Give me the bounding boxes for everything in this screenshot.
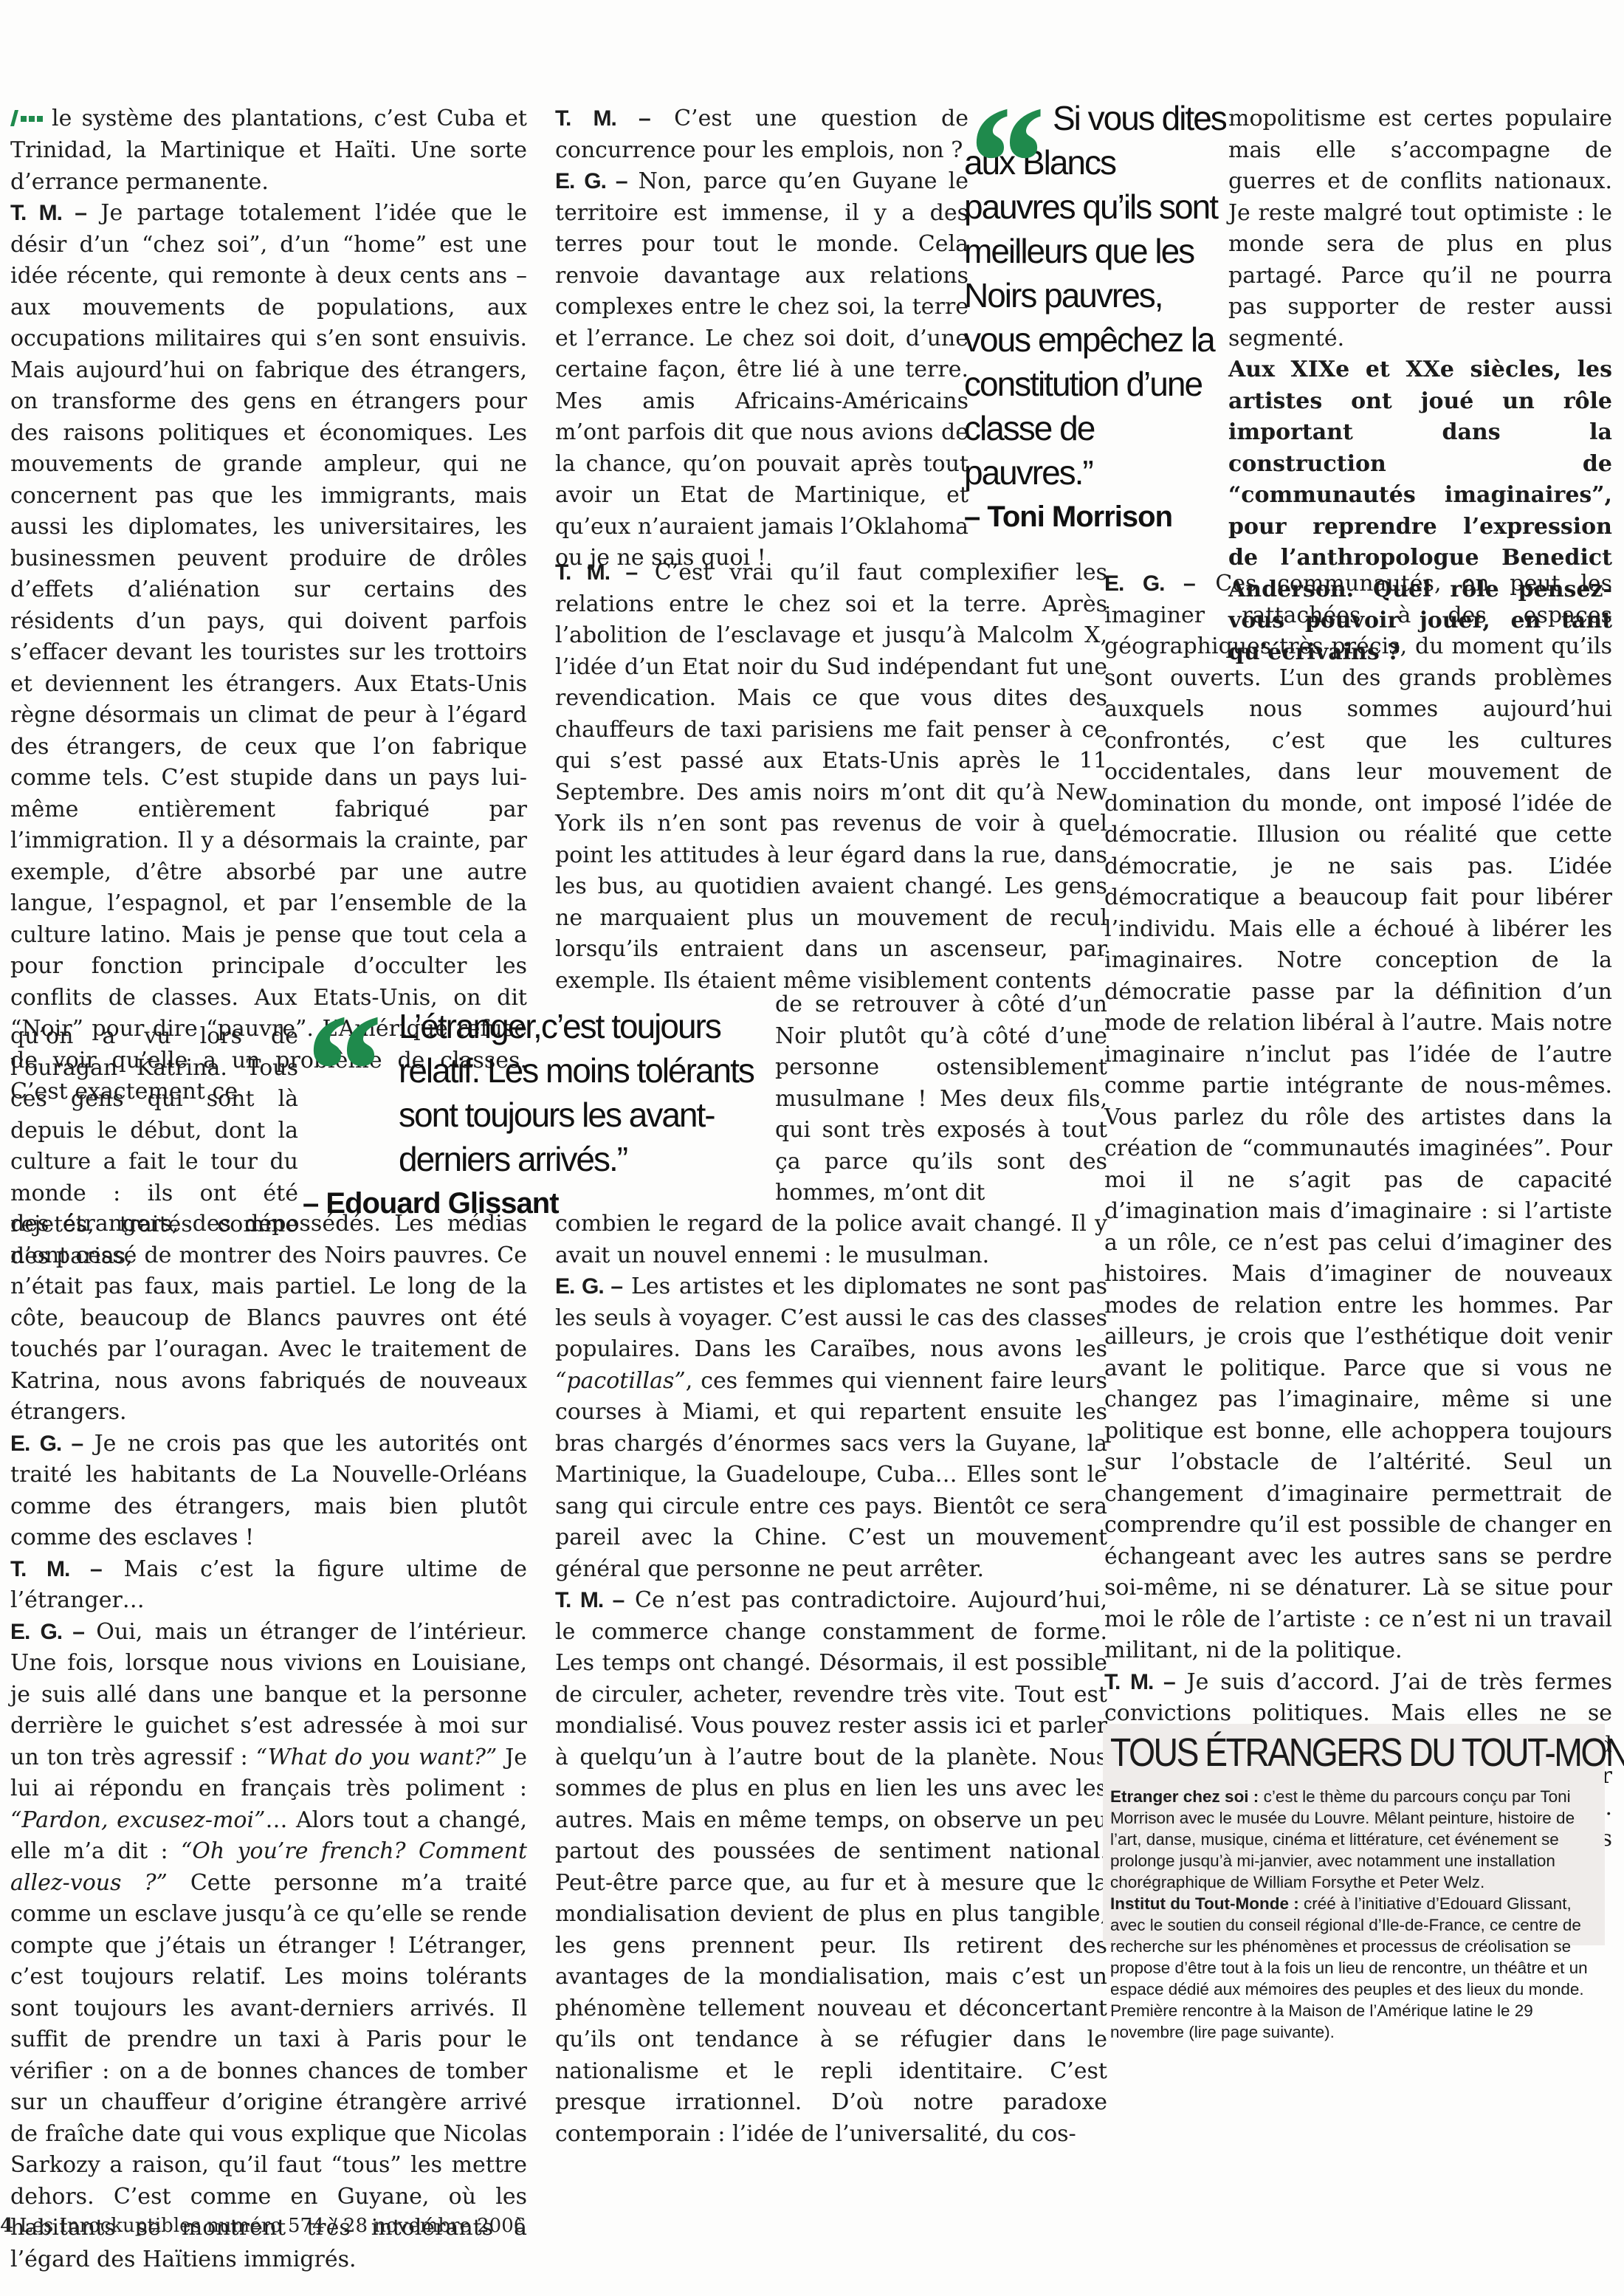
paragraph: E. G. – Je ne crois pas que les autorité… xyxy=(10,1429,527,1554)
paragraph: des étrangers, des dépossédés. Les média… xyxy=(10,1209,527,1429)
paragraph: combien le regard de la police avait cha… xyxy=(555,1209,1107,1271)
pull-quote-glissant: “ L’étranger,c’est toujours relatif. Les… xyxy=(303,1004,775,1226)
speaker-label: E. G. – xyxy=(1104,571,1195,596)
issue-info: Les Inrockuptibles numéro 574 / 28 novem… xyxy=(13,2215,526,2237)
quote-mark-icon: “ xyxy=(961,81,1042,244)
speaker-label: E. G. – xyxy=(555,169,627,193)
speaker-label: T. M. – xyxy=(10,1557,102,1581)
speaker-label: T. M. – xyxy=(1104,1670,1175,1694)
paragraph: E. G. – Oui, mais un étranger de l’intér… xyxy=(10,1617,527,2276)
column-4-main: E. G. – Ces communautés, on peut les ima… xyxy=(1104,568,1612,1886)
column-1-bottom: des étrangers, des dépossédés. Les média… xyxy=(10,1209,527,2275)
paragraph: T. M. – Je partage totalement l’idée que… xyxy=(10,198,527,1108)
paragraph: de se retrouver à côté d’un Noir plutôt … xyxy=(775,989,1107,1209)
paragraph: E. G. – Non, parce qu’en Guyane le terri… xyxy=(555,166,968,574)
paragraph: T. M. – C’est une question de concurrenc… xyxy=(555,103,968,166)
speaker-label: T. M. – xyxy=(10,201,86,225)
paragraph: T. M. – C’est vrai qu’il faut complexifi… xyxy=(555,557,1107,997)
speaker-label: T. M. – xyxy=(555,1588,624,1612)
page-number: 4 xyxy=(0,2215,13,2237)
speaker-label: E. G. – xyxy=(10,1620,84,1644)
column-2-top: T. M. – C’est une question de concurrenc… xyxy=(555,103,968,574)
paragraph: E. G. – Ces communautés, on peut les ima… xyxy=(1104,568,1612,1667)
page-footer: 4 Les Inrockuptibles numéro 574 / 28 nov… xyxy=(0,2215,526,2237)
paragraph: E. G. – Les artistes et les diplomates n… xyxy=(555,1271,1107,1585)
column-2-bottom: combien le regard de la police avait cha… xyxy=(555,1209,1107,2150)
paragraph: mopolitisme est certes populaire mais el… xyxy=(1228,103,1612,354)
column-2-wide: T. M. – C’est vrai qu’il faut complexifi… xyxy=(555,557,1107,997)
speaker-label: T. M. – xyxy=(555,106,650,131)
speaker-label: E. G. – xyxy=(10,1431,83,1456)
speaker-label: E. G. – xyxy=(555,1274,622,1299)
pull-quote-morrison: “ Si vous dites aux Blancs pauvres qu’il… xyxy=(964,96,1230,539)
sidebar-item: Etranger chez soi : c’est le thème du pa… xyxy=(1110,1786,1597,1893)
column-2-narrow: de se retrouver à côté d’un Noir plutôt … xyxy=(775,989,1107,1209)
paragraph: T. M. – Ce n’est pas contradictoire. Auj… xyxy=(555,1585,1107,2150)
continued-marker-icon xyxy=(10,104,44,136)
sidebar-item: Institut du Tout-Monde : créé à l’initia… xyxy=(1110,1893,1597,2043)
sidebar-info-box: TOUS ÉTRANGERS DU TOUT-MONDE Etranger ch… xyxy=(1103,1724,1605,1945)
speaker-label: T. M. – xyxy=(555,560,637,585)
pull-quote-attribution: – Toni Morrison xyxy=(964,495,1230,539)
column-1-top: le système des plantations, c’est Cuba e… xyxy=(10,103,527,1108)
paragraph: T. M. – Mais c’est la figure ultime de l… xyxy=(10,1554,527,1617)
sidebar-title: TOUS ÉTRANGERS DU TOUT-MONDE xyxy=(1110,1730,1530,1776)
quote-mark-icon: “ xyxy=(298,989,379,1152)
paragraph: le système des plantations, c’est Cuba e… xyxy=(10,103,527,198)
